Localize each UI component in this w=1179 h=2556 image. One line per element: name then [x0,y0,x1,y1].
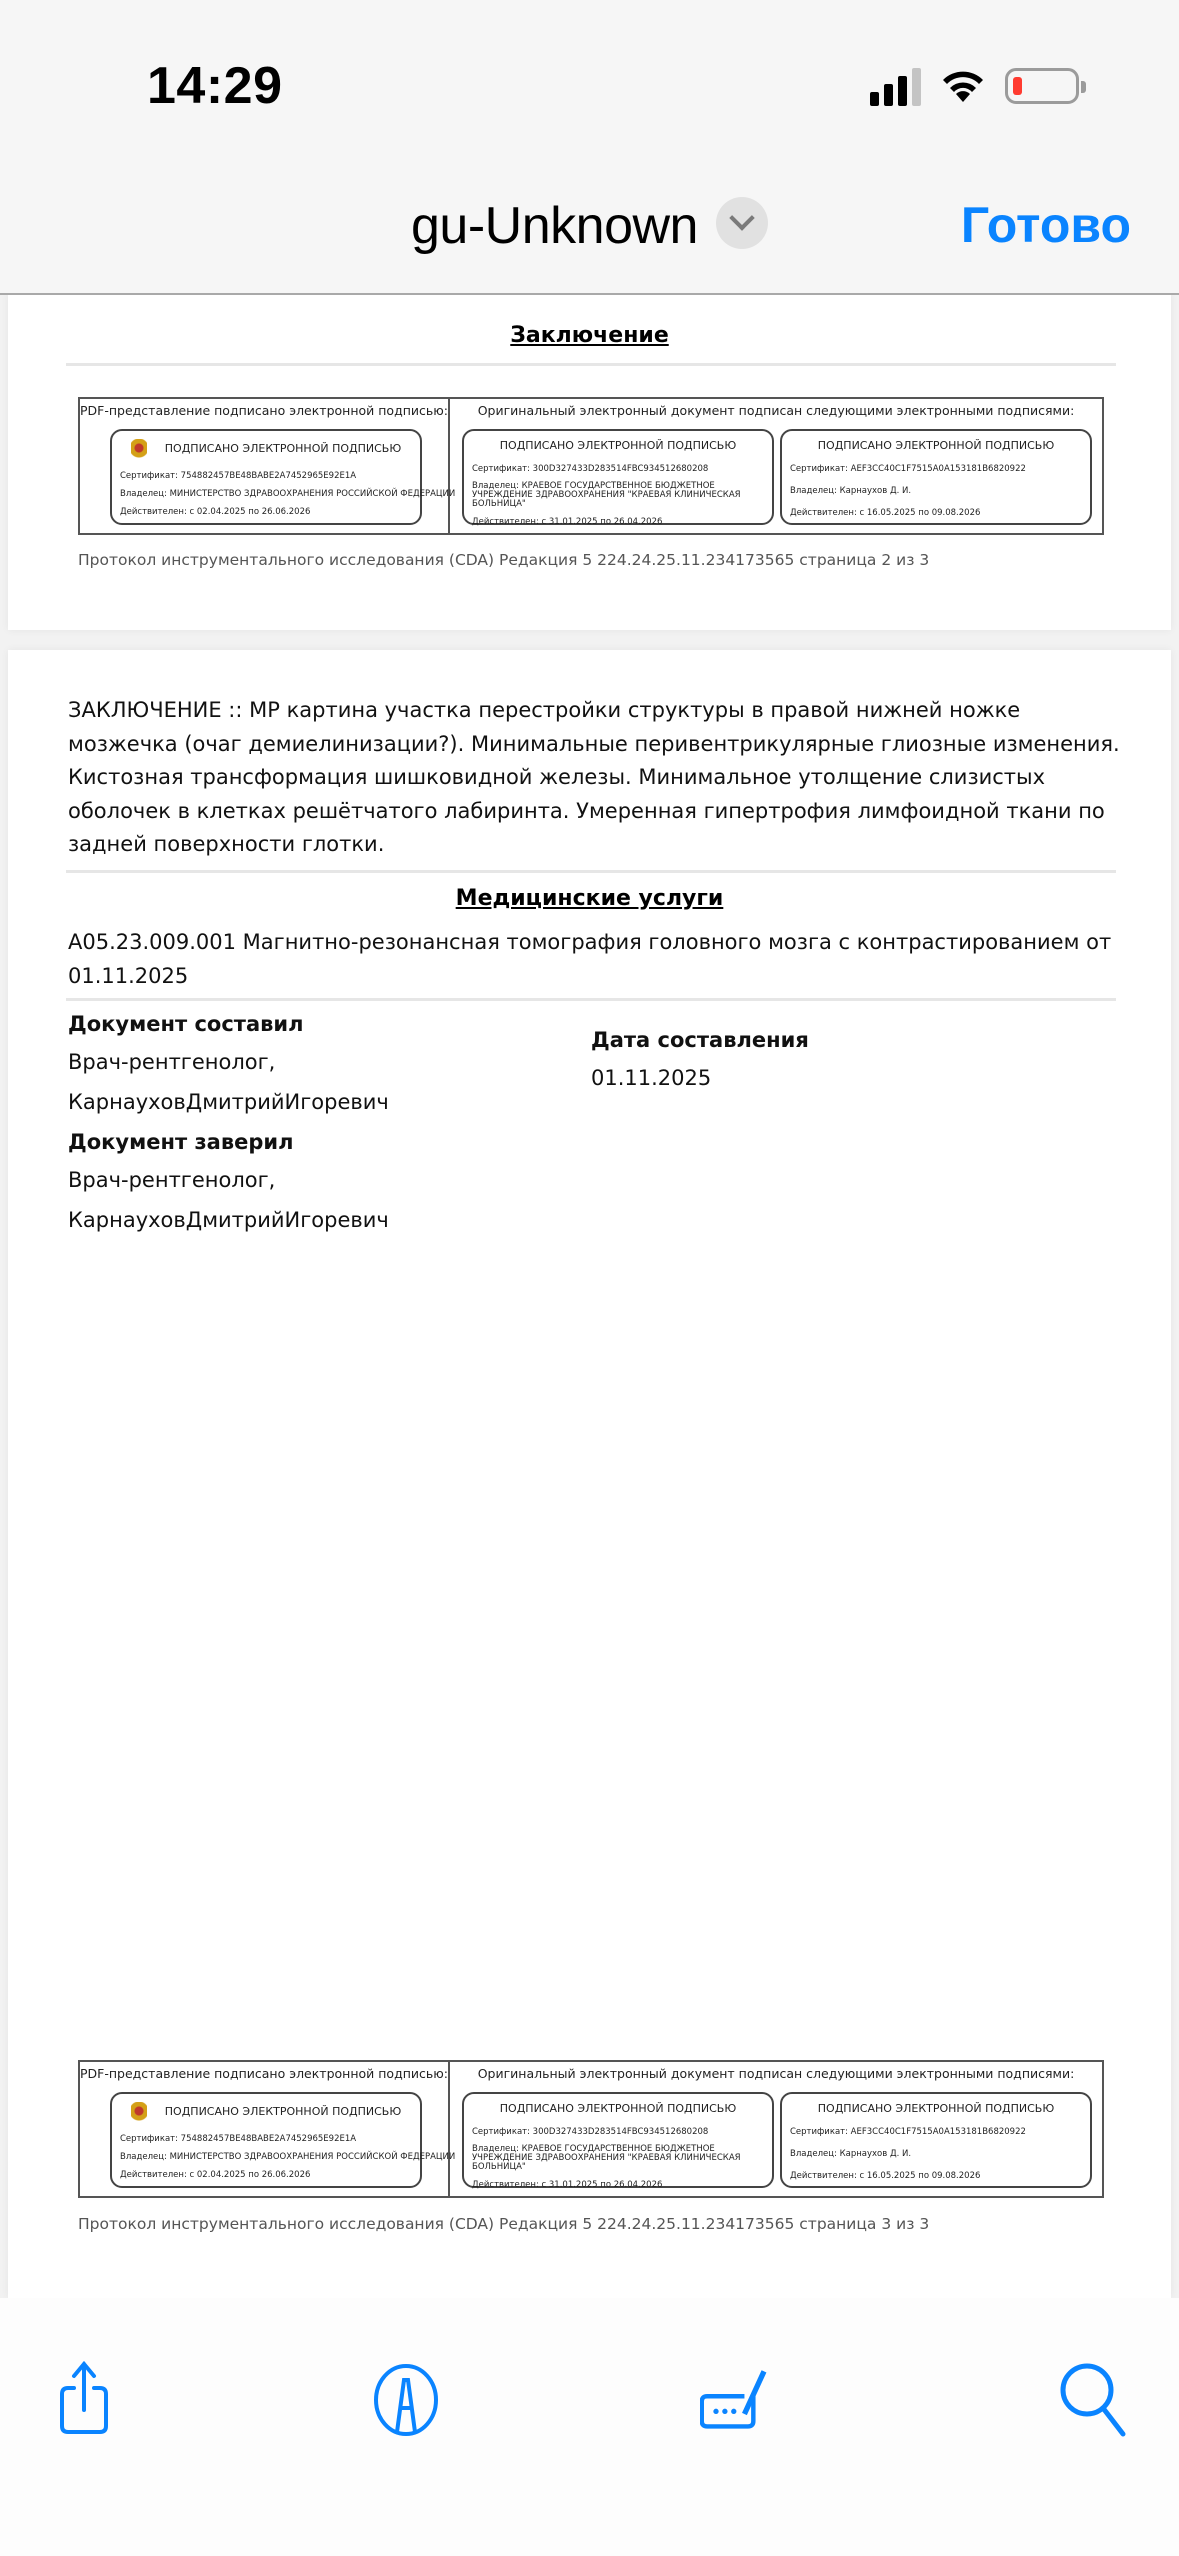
divider [66,363,1116,366]
conclusion-text: ЗАКЛЮЧЕНИЕ :: МР картина участка перестр… [68,694,1128,862]
owner: Владелец: Карнаухов Д. И. [790,486,1082,496]
signature-stamp: ПОДПИСАНО ЭЛЕКТРОННОЙ ПОДПИСЬЮ [790,439,1082,452]
divider [66,870,1116,873]
signature-stamp: ПОДПИСАНО ЭЛЕКТРОННОЙ ПОДПИСЬЮ [790,2102,1082,2115]
composed-by-value: Врач-рентгенолог, КарнауховДмитрийИгорев… [68,1042,389,1122]
search-icon [1055,2358,1135,2438]
signature-table: PDF-представление подписано электронной … [78,2060,1104,2198]
wifi-icon [941,68,985,104]
pdf-signature-header: PDF-представление подписано электронной … [80,403,448,418]
certificate: Сертификат: AEF3CC40C1F7515A0A153181B682… [790,464,1082,474]
certificate: Сертификат: 300D327433D283514FBC93451268… [472,2127,764,2137]
share-icon [44,2358,124,2438]
pdf-page-2: Заключение PDF-представление подписано э… [8,293,1171,630]
validity: Действителен: с 16.05.2025 по 09.08.2026 [790,2171,1082,2181]
document-title: gu-Unknown [411,197,698,255]
pdf-page-3: ЗАКЛЮЧЕНИЕ :: МР картина участка перестр… [8,650,1171,2298]
signature-stamp: ПОДПИСАНО ЭЛЕКТРОННОЙ ПОДПИСЬЮ [472,2102,764,2115]
certified-by-role: Врач-рентгенолог, [68,1160,389,1200]
chevron-down-icon[interactable] [716,197,768,249]
certificate: Сертификат: AEF3CC40C1F7515A0A153181B682… [790,2127,1082,2137]
original-signature-header: Оригинальный электронный документ подпис… [450,403,1102,418]
signature-table: PDF-представление подписано электронной … [78,397,1104,535]
composed-by-name: КарнауховДмитрийИгоревич [68,1082,389,1122]
signature-stamp: ПОДПИСАНО ЭЛЕКТРОННОЙ ПОДПИСЬЮ [165,2105,401,2118]
battery-icon [1005,68,1079,104]
certified-by-label: Документ заверил [68,1130,294,1154]
date-label: Дата составления [591,1028,809,1052]
owner: Владелец: КРАЕВОЕ ГОСУДАРСТВЕННОЕ БЮДЖЕТ… [472,2145,764,2172]
status-icons [870,64,1079,108]
signature-card: ПОДПИСАНО ЭЛЕКТРОННОЙ ПОДПИСЬЮ Сертифика… [780,429,1092,525]
original-signature-header: Оригинальный электронный документ подпис… [450,2066,1102,2081]
owner: Владелец: Карнаухов Д. И. [790,2149,1082,2159]
owner: Владелец: КРАЕВОЕ ГОСУДАРСТВЕННОЕ БЮДЖЕТ… [472,482,764,509]
certified-by-name: КарнауховДмитрийИгоревич [68,1200,389,1240]
markup-icon [366,2358,446,2438]
validity: Действителен: с 31.01.2025 по 26.04.2026 [472,2180,764,2190]
signature-card: ПОДПИСАНО ЭЛЕКТРОННОЙ ПОДПИСЬЮ Сертифика… [462,2092,774,2188]
status-time: 14:29 [147,56,283,116]
validity: Действителен: с 31.01.2025 по 26.04.2026 [472,517,764,527]
signature-card: ПОДПИСАНО ЭЛЕКТРОННОЙ ПОДПИСЬЮ Сертифика… [110,429,422,525]
page-footer: Протокол инструментального исследования … [78,2215,929,2233]
search-button[interactable] [1055,2358,1135,2438]
owner: Владелец: МИНИСТЕРСТВО ЗДРАВООХРАНЕНИЯ Р… [120,489,412,499]
service-item: A05.23.009.001 Магнитно-резонансная томо… [68,926,1128,993]
section-title-conclusion: Заключение [8,323,1171,348]
cellular-signal-icon [870,66,921,106]
signature-stamp: ПОДПИСАНО ЭЛЕКТРОННОЙ ПОДПИСЬЮ [472,439,764,452]
share-button[interactable] [44,2358,124,2438]
signature-card: ПОДПИСАНО ЭЛЕКТРОННОЙ ПОДПИСЬЮ Сертифика… [462,429,774,525]
bottom-toolbar [0,2298,1179,2556]
signature-card: ПОДПИСАНО ЭЛЕКТРОННОЙ ПОДПИСЬЮ Сертифика… [110,2092,422,2188]
top-bar: 14:29 gu-Unknown Готово [0,0,1179,295]
validity: Действителен: с 16.05.2025 по 09.08.2026 [790,508,1082,518]
done-button[interactable]: Готово [961,196,1131,254]
pdf-signature-header: PDF-представление подписано электронной … [80,2066,448,2081]
certificate: Сертификат: 300D327433D283514FBC93451268… [472,464,764,474]
certificate: Сертификат: 754882457BE48BABE2A7452965E9… [120,2134,412,2144]
coat-of-arms-icon [131,2102,147,2122]
fill-sign-icon [700,2358,780,2438]
section-title-services: Медицинские услуги [8,886,1171,911]
signature-card: ПОДПИСАНО ЭЛЕКТРОННОЙ ПОДПИСЬЮ Сертифика… [780,2092,1092,2188]
certificate: Сертификат: 754882457BE48BABE2A7452965E9… [120,471,412,481]
composed-by-role: Врач-рентгенолог, [68,1042,389,1082]
divider [66,998,1116,1001]
validity: Действителен: с 02.04.2025 по 26.06.2026 [120,2170,412,2180]
coat-of-arms-icon [131,439,147,459]
validity: Действителен: с 02.04.2025 по 26.06.2026 [120,507,412,517]
fill-sign-button[interactable] [700,2358,790,2438]
composed-by-label: Документ составил [68,1012,304,1036]
date-value: 01.11.2025 [591,1058,711,1098]
page-footer: Протокол инструментального исследования … [78,551,929,569]
markup-button[interactable] [366,2358,446,2438]
signature-stamp: ПОДПИСАНО ЭЛЕКТРОННОЙ ПОДПИСЬЮ [165,442,401,455]
certified-by-value: Врач-рентгенолог, КарнауховДмитрийИгорев… [68,1160,389,1240]
owner: Владелец: МИНИСТЕРСТВО ЗДРАВООХРАНЕНИЯ Р… [120,2152,412,2162]
